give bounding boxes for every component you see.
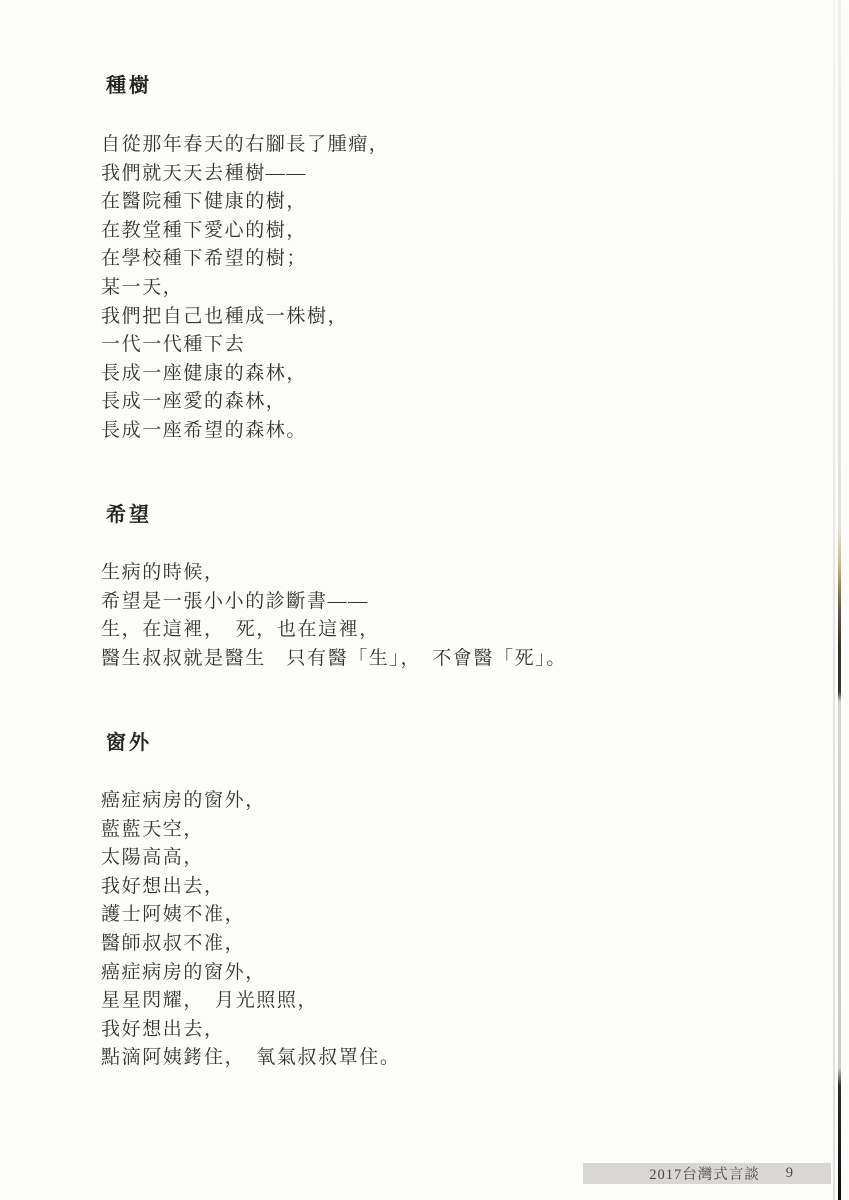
poem-line: 醫師叔叔不准， [101,930,401,959]
poem-line: 長成一座愛的森林， [101,388,389,417]
footer-book-title: 2017台灣式言談 [649,1163,760,1184]
poem-line: 我們就天天去種樹—— [101,160,389,189]
poem-line: 某一天， [101,274,389,303]
poem-body-planting-trees: 自從那年春天的右腳長了腫瘤， 我們就天天去種樹—— 在醫院種下健康的樹， 在教堂… [101,131,389,446]
poem-line: 在醫院種下健康的樹， [101,188,389,217]
poem-line: 一代一代種下去 [101,331,389,360]
poem-body-hope: 生病的時候， 希望是一張小小的診斷書—— 生，在這裡， 死，也在這裡， 醫生叔叔… [101,559,567,673]
page-edge-shadow [833,0,835,1200]
poem-line: 點滴阿姨銬住， 氧氣叔叔罩住。 [101,1044,401,1073]
poem-line: 藍藍天空， [101,816,401,845]
poem-title-planting-trees: 種樹 [106,72,152,101]
poem-line: 長成一座健康的森林， [101,360,389,389]
poem-title-outside-window: 窗外 [106,729,152,758]
poem-line: 在教堂種下愛心的樹， [101,217,389,246]
poem-line: 希望是一張小小的診斷書—— [101,588,567,617]
poem-line: 自從那年春天的右腳長了腫瘤， [101,131,389,160]
poem-line: 太陽高高， [101,844,401,873]
poem-line: 在學校種下希望的樹； [101,245,389,274]
poem-line: 星星閃耀， 月光照照， [101,987,401,1016]
poem-line: 我們把自己也種成一株樹， [101,303,389,332]
footer-page-number: 9 [786,1165,793,1182]
poem-line: 長成一座希望的森林。 [101,417,389,446]
poem-title-hope: 希望 [106,501,152,530]
poem-line: 癌症病房的窗外， [101,787,401,816]
poem-line: 我好想出去， [101,873,401,902]
running-footer: 2017台灣式言談 9 [583,1163,831,1184]
scanned-book-page: 種樹 自從那年春天的右腳長了腫瘤， 我們就天天去種樹—— 在醫院種下健康的樹， … [0,0,849,1200]
poem-line: 醫生叔叔就是醫生 只有醫「生」， 不會醫「死」。 [101,645,567,674]
poem-line: 生，在這裡， 死，也在這裡， [101,616,567,645]
poem-line: 護士阿姨不准， [101,901,401,930]
poem-line: 癌症病房的窗外， [101,959,401,988]
poem-line: 我好想出去， [101,1016,401,1045]
poem-body-outside-window: 癌症病房的窗外， 藍藍天空， 太陽高高， 我好想出去， 護士阿姨不准， 醫師叔叔… [101,787,401,1073]
book-spine-shadow [838,0,841,1200]
poem-line: 生病的時候， [101,559,567,588]
